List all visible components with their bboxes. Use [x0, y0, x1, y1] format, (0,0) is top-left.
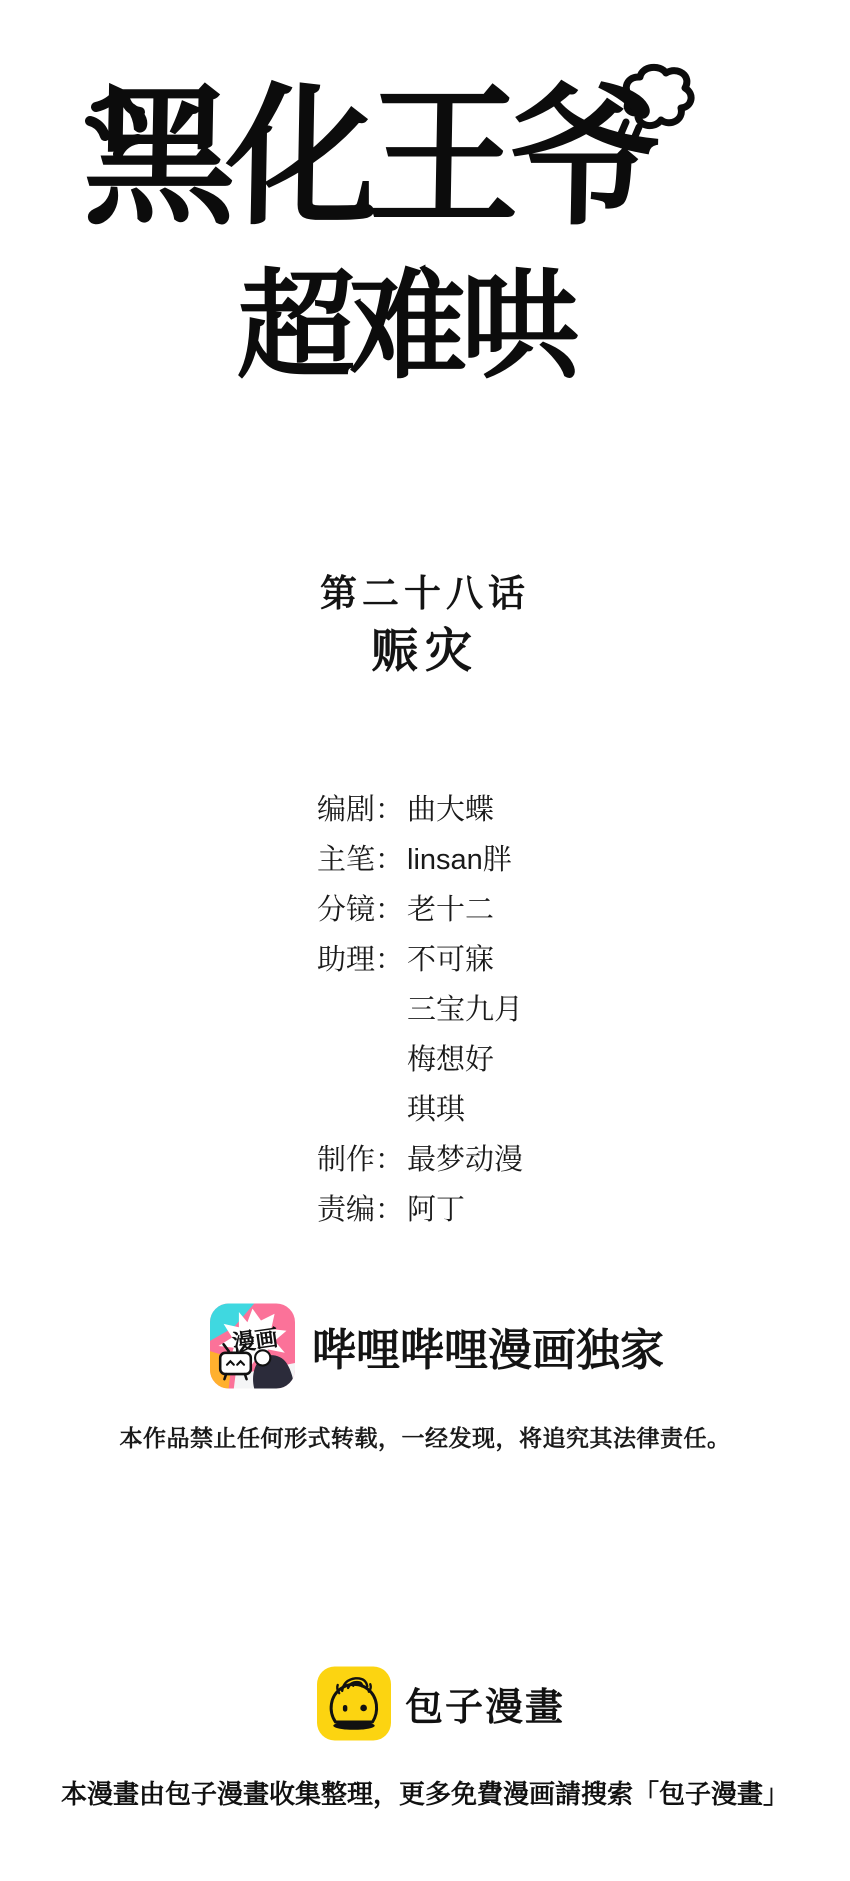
baozi-manhua-app-icon [317, 1665, 391, 1742]
credit-label: 分镜： [317, 885, 407, 935]
credit-name: 最梦动漫 [407, 1135, 523, 1185]
credit-name: 曲大蝶 [407, 785, 494, 835]
publisher-row: 漫画 哔哩哔哩漫画独家 [210, 1302, 664, 1390]
credit-name: 琪琪 [407, 1085, 523, 1135]
chapter-heading: 第二十八话 赈灾 [0, 572, 850, 682]
credit-label: 责编： [317, 1185, 407, 1235]
credit-name: 三宝九月 [407, 985, 523, 1035]
credit-row-assistants: 助理： 不可寐 三宝九月 梅想好 琪琪 [317, 935, 523, 1135]
chapter-number: 第二十八话 [0, 572, 850, 618]
copyright-disclaimer: 本作品禁止任何形式转载，一经发现，将追究其法律责任。 [0, 1420, 850, 1453]
credit-row-production: 制作： 最梦动漫 [317, 1135, 523, 1185]
credit-row-screenwriter: 编剧： 曲大蝶 [317, 785, 523, 835]
credit-label: 助理： [317, 935, 407, 985]
credit-label: 编剧： [317, 785, 407, 835]
credit-label: 主笔： [317, 835, 407, 885]
aggregator-name: 包子漫畫 [405, 1676, 565, 1731]
credit-name: 阿丁 [407, 1185, 465, 1235]
credit-row-lead-artist: 主笔： linsan胖 [317, 835, 523, 885]
bilibili-manga-app-icon: 漫画 [210, 1302, 295, 1390]
staff-credits: 编剧： 曲大蝶 主笔： linsan胖 分镜： 老十二 助理： 不可寐 三宝九月… [317, 785, 523, 1235]
comic-title-page: 黑化王爷 超难哄 第二十八话 赈灾 编剧： 曲大蝶 主笔： linsan胖 分镜… [0, 0, 850, 1881]
series-title-line-1: 黑化王爷 [0, 58, 795, 258]
credit-name: 梅想好 [407, 1035, 523, 1085]
credit-row-storyboard: 分镜： 老十二 [317, 885, 523, 935]
credit-name: linsan胖 [407, 835, 512, 885]
aggregator-row: 包子漫畫 [317, 1665, 565, 1742]
aggregator-notice: 本漫畫由包子漫畫收集整理，更多免費漫画請搜索「包子漫畫」 [0, 1774, 850, 1811]
credit-name: 老十二 [407, 885, 494, 935]
series-title: 黑化王爷 超难哄 [0, 58, 850, 396]
publisher-exclusive-text: 哔哩哔哩漫画独家 [312, 1314, 664, 1378]
credit-name: 不可寐 [407, 935, 523, 985]
chapter-title: 赈灾 [0, 622, 850, 682]
credit-label: 制作： [317, 1135, 407, 1185]
credit-row-editor: 责编： 阿丁 [317, 1185, 523, 1235]
series-title-line-2: 超难哄 [0, 258, 830, 396]
